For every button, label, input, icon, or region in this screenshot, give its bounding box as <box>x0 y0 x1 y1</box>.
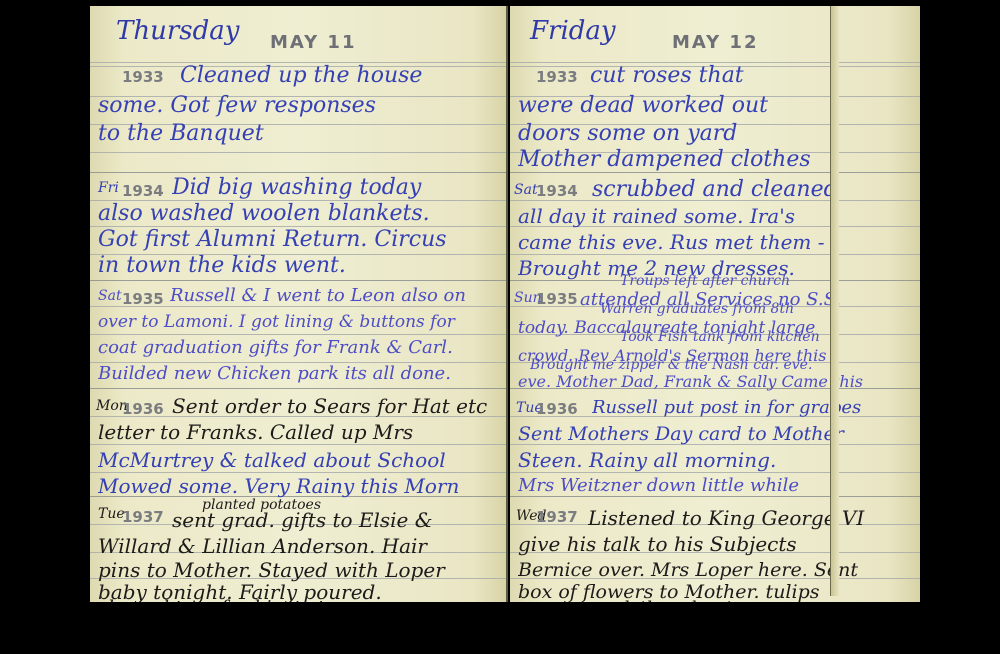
entry-year: 1935 <box>536 290 578 308</box>
entry-line: over to Lamoni. I got lining & buttons f… <box>98 308 500 336</box>
entry-year: 1936 <box>536 400 578 418</box>
entry-line: cut roses that <box>590 62 914 90</box>
entry-line: in town the kids went. <box>98 252 500 280</box>
entry-line: sent grad. gifts to Elsie & <box>172 506 500 534</box>
entry-line: cleaned top of cabinet etc. <box>98 594 500 602</box>
weekday-note: Tue <box>98 506 125 522</box>
entry-line: Did big washing today <box>172 174 500 202</box>
date-label: MAY 11 <box>270 32 356 53</box>
entry-line: Russell put post in for grapes <box>592 394 914 422</box>
entry-line: letter to Franks. Called up Mrs <box>98 418 500 446</box>
entry-line: Mother dampened clothes <box>518 146 914 174</box>
entry-line: got new clothes closet. <box>540 594 914 602</box>
entry-year: 1937 <box>122 508 164 526</box>
entry-year: 1934 <box>536 182 578 200</box>
right-page: Friday MAY 12 1933 cut roses that were d… <box>510 6 920 602</box>
entry-line: came this eve. Rus met them - <box>518 228 914 256</box>
entry-line: doors some on yard <box>518 120 914 148</box>
weekday-note: Fri <box>98 180 119 196</box>
entry-line: were dead worked out <box>518 92 914 120</box>
page-edge <box>830 6 839 596</box>
entry-line: Got first Alumni Return. Circus <box>98 226 500 254</box>
entry-year: 1934 <box>122 182 164 200</box>
diary-spread: Thursday MAY 11 1933 Cleaned up the hous… <box>90 6 928 602</box>
page-header: Friday MAY 12 <box>510 26 920 56</box>
entry-line: to the Banquet <box>98 120 500 148</box>
weekday-note: Sat <box>514 182 538 198</box>
entry-line: Sent Mothers Day card to Mother <box>518 420 914 448</box>
left-page: Thursday MAY 11 1933 Cleaned up the hous… <box>90 6 508 602</box>
entry-year: 1936 <box>122 400 164 418</box>
weekday-heading: Thursday <box>116 16 239 46</box>
entry-line: Builded new Chicken park its all done. <box>98 360 500 388</box>
entry-year: 1933 <box>536 68 578 86</box>
entry-line: Listened to King George VI <box>588 504 914 532</box>
entry-line: all day it rained some. Ira's <box>518 202 914 230</box>
entry-line: Mowed some. Very Rainy this Morn <box>98 472 500 500</box>
entry-line: Russell & I went to Leon also on <box>170 282 500 310</box>
date-label: MAY 12 <box>672 32 758 53</box>
entry-line: Cleaned up the house <box>180 62 500 90</box>
entry-line: scrubbed and cleaned <box>592 176 914 204</box>
page-header: Thursday MAY 11 <box>90 26 506 56</box>
entry-line: Sent order to Sears for Hat etc <box>172 392 500 420</box>
entry-year: 1937 <box>536 508 578 526</box>
entry-line: Mrs Weitzner down little while <box>518 472 914 500</box>
entry-year: 1935 <box>122 290 164 308</box>
entry-line: also washed woolen blankets. <box>98 200 500 228</box>
entry-line: coat graduation gifts for Frank & Carl. <box>98 334 500 362</box>
entry-line: give his talk to his Subjects <box>518 530 914 558</box>
weekday-note: Sat <box>98 288 122 304</box>
weekday-heading: Friday <box>530 16 616 46</box>
entry-line: some. Got few responses <box>98 92 500 120</box>
entry-line: McMurtrey & talked about School <box>98 446 500 474</box>
entry-year: 1933 <box>122 68 164 86</box>
entry-line: eve. Mother Dad, Frank & Sally Came this <box>518 368 914 396</box>
entry-line: Steen. Rainy all morning. <box>518 446 914 474</box>
